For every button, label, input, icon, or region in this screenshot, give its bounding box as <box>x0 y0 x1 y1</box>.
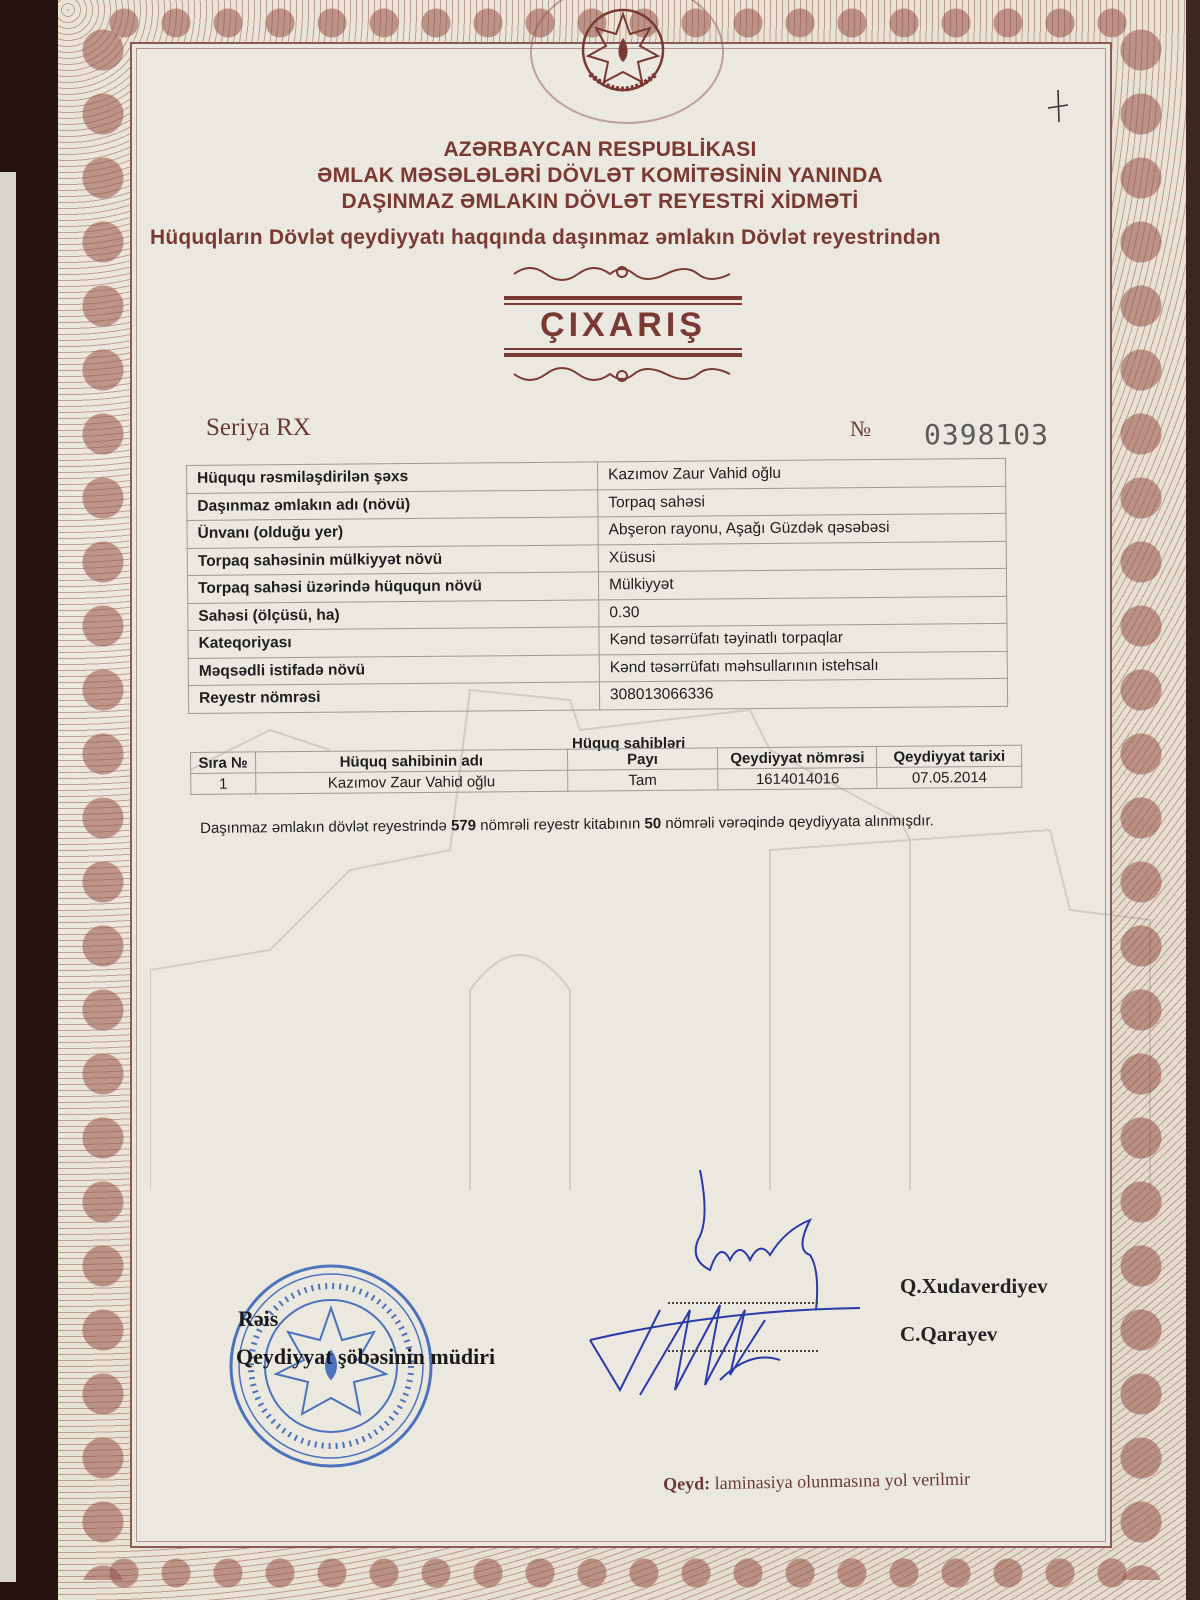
registration-prefix: Daşınmaz əmlakın dövlət reyestrində <box>200 817 451 837</box>
title-rule <box>504 296 742 300</box>
owner-share: Tam <box>567 769 718 791</box>
title-rule <box>504 348 742 350</box>
field-value: Abşeron rayonu, Aşağı Güzdək qəsəbəsi <box>598 513 1006 544</box>
signature-line <box>668 1350 818 1352</box>
serial-number: 0398103 <box>924 418 1049 451</box>
page-number: 50 <box>644 815 661 832</box>
header-subtitle: Hüquqların Dövlət qeydiyyatı haqqında da… <box>150 226 1060 250</box>
field-value: Mülkiyyət <box>598 568 1006 599</box>
field-value: 308013066336 <box>599 678 1007 709</box>
column-header: Qeydiyyat nömrəsi <box>718 747 877 769</box>
note-label: Qeyd: <box>663 1473 710 1494</box>
signatory-name-2: C.Qarayev <box>900 1322 997 1347</box>
book-number: 579 <box>451 817 476 834</box>
ornament-top-icon <box>510 262 734 284</box>
field-label: Daşınmaz əmlakın adı (növü) <box>187 489 598 520</box>
field-label: Torpaq sahəsinin mülkiyyət növü <box>187 544 598 575</box>
field-value: 0.30 <box>599 596 1007 627</box>
field-value: Kənd təsərrüfatı məhsullarının istehsalı <box>599 651 1007 682</box>
number-sign: № <box>850 416 871 442</box>
position-title-registration-head: Qeydiyyat şöbəsinin müdiri <box>236 1344 495 1370</box>
registration-suffix: nömrəli vərəqində qeydiyyata alınmışdır. <box>661 812 934 832</box>
document-title: ÇIXARIŞ <box>504 306 742 345</box>
header-committee: ƏMLAK MƏSƏLƏLƏRİ DÖVLƏT KOMİTƏSİNİN YANI… <box>0 164 1200 188</box>
field-label: Reyestr nömrəsi <box>188 682 599 713</box>
field-value: Torpaq sahəsi <box>598 486 1006 517</box>
owner-index: 1 <box>191 773 256 795</box>
header-country: AZƏRBAYCAN RESPUBLİKASI <box>0 138 1200 162</box>
registration-middle: nömrəli reyestr kitabının <box>476 815 645 834</box>
signature-line <box>668 1302 818 1304</box>
registration-number: 1614014016 <box>718 768 877 790</box>
title-rule <box>504 353 742 357</box>
field-value: Kənd təsərrüfatı təyinatlı torpaqlar <box>599 623 1007 654</box>
field-label: Ünvanı (olduğu yer) <box>187 517 598 548</box>
note-text: laminasiya olunmasına yol verilmir <box>710 1469 970 1494</box>
background-paper-strip <box>0 172 16 1582</box>
column-header: Sıra № <box>191 752 256 774</box>
column-header: Qeydiyyat tarixi <box>877 745 1022 767</box>
field-value: Xüsusi <box>598 541 1006 572</box>
field-label: Hüququ rəsmiləşdirilən şəxs <box>187 462 598 493</box>
field-value: Kazımov Zaur Vahid oğlu <box>597 458 1005 489</box>
field-label: Kateqoriyası <box>188 627 599 658</box>
signatory-name-1: Q.Xudaverdiyev <box>900 1274 1048 1299</box>
column-header: Payı <box>567 748 718 770</box>
border-scallop-bottom <box>98 1558 1146 1588</box>
handwritten-plus-mark <box>1046 88 1070 124</box>
field-label: Məqsədli istifadə növü <box>188 654 599 685</box>
registration-date: 07.05.2014 <box>877 766 1022 788</box>
header-service: DAŞINMAZ ƏMLAKIN DÖVLƏT REYESTRİ XİDMƏTİ <box>0 190 1200 214</box>
title-rule <box>504 303 742 305</box>
position-title-chief: Rəis <box>238 1306 278 1332</box>
property-info-table: Hüququ rəsmiləşdirilən şəxsKazımov Zaur … <box>186 458 1008 714</box>
azerbaijan-emblem-icon <box>576 0 670 108</box>
field-label: Sahəsi (ölçüsü, ha) <box>188 599 599 630</box>
series-label: Seriya RX <box>206 414 311 442</box>
background-edge-right <box>1186 0 1200 1600</box>
ornament-bottom-icon <box>510 364 734 386</box>
handwritten-signatures-icon <box>580 1160 880 1430</box>
owners-table: Sıra № Hüquq sahibinin adı Payı Qeydiyya… <box>190 745 1022 795</box>
border-scallop-left <box>80 20 126 1580</box>
owner-name: Kazımov Zaur Vahid oğlu <box>256 770 568 794</box>
field-label: Torpaq sahəsi üzərində hüququn növü <box>187 572 598 603</box>
column-header: Hüquq sahibinin adı <box>255 749 567 773</box>
